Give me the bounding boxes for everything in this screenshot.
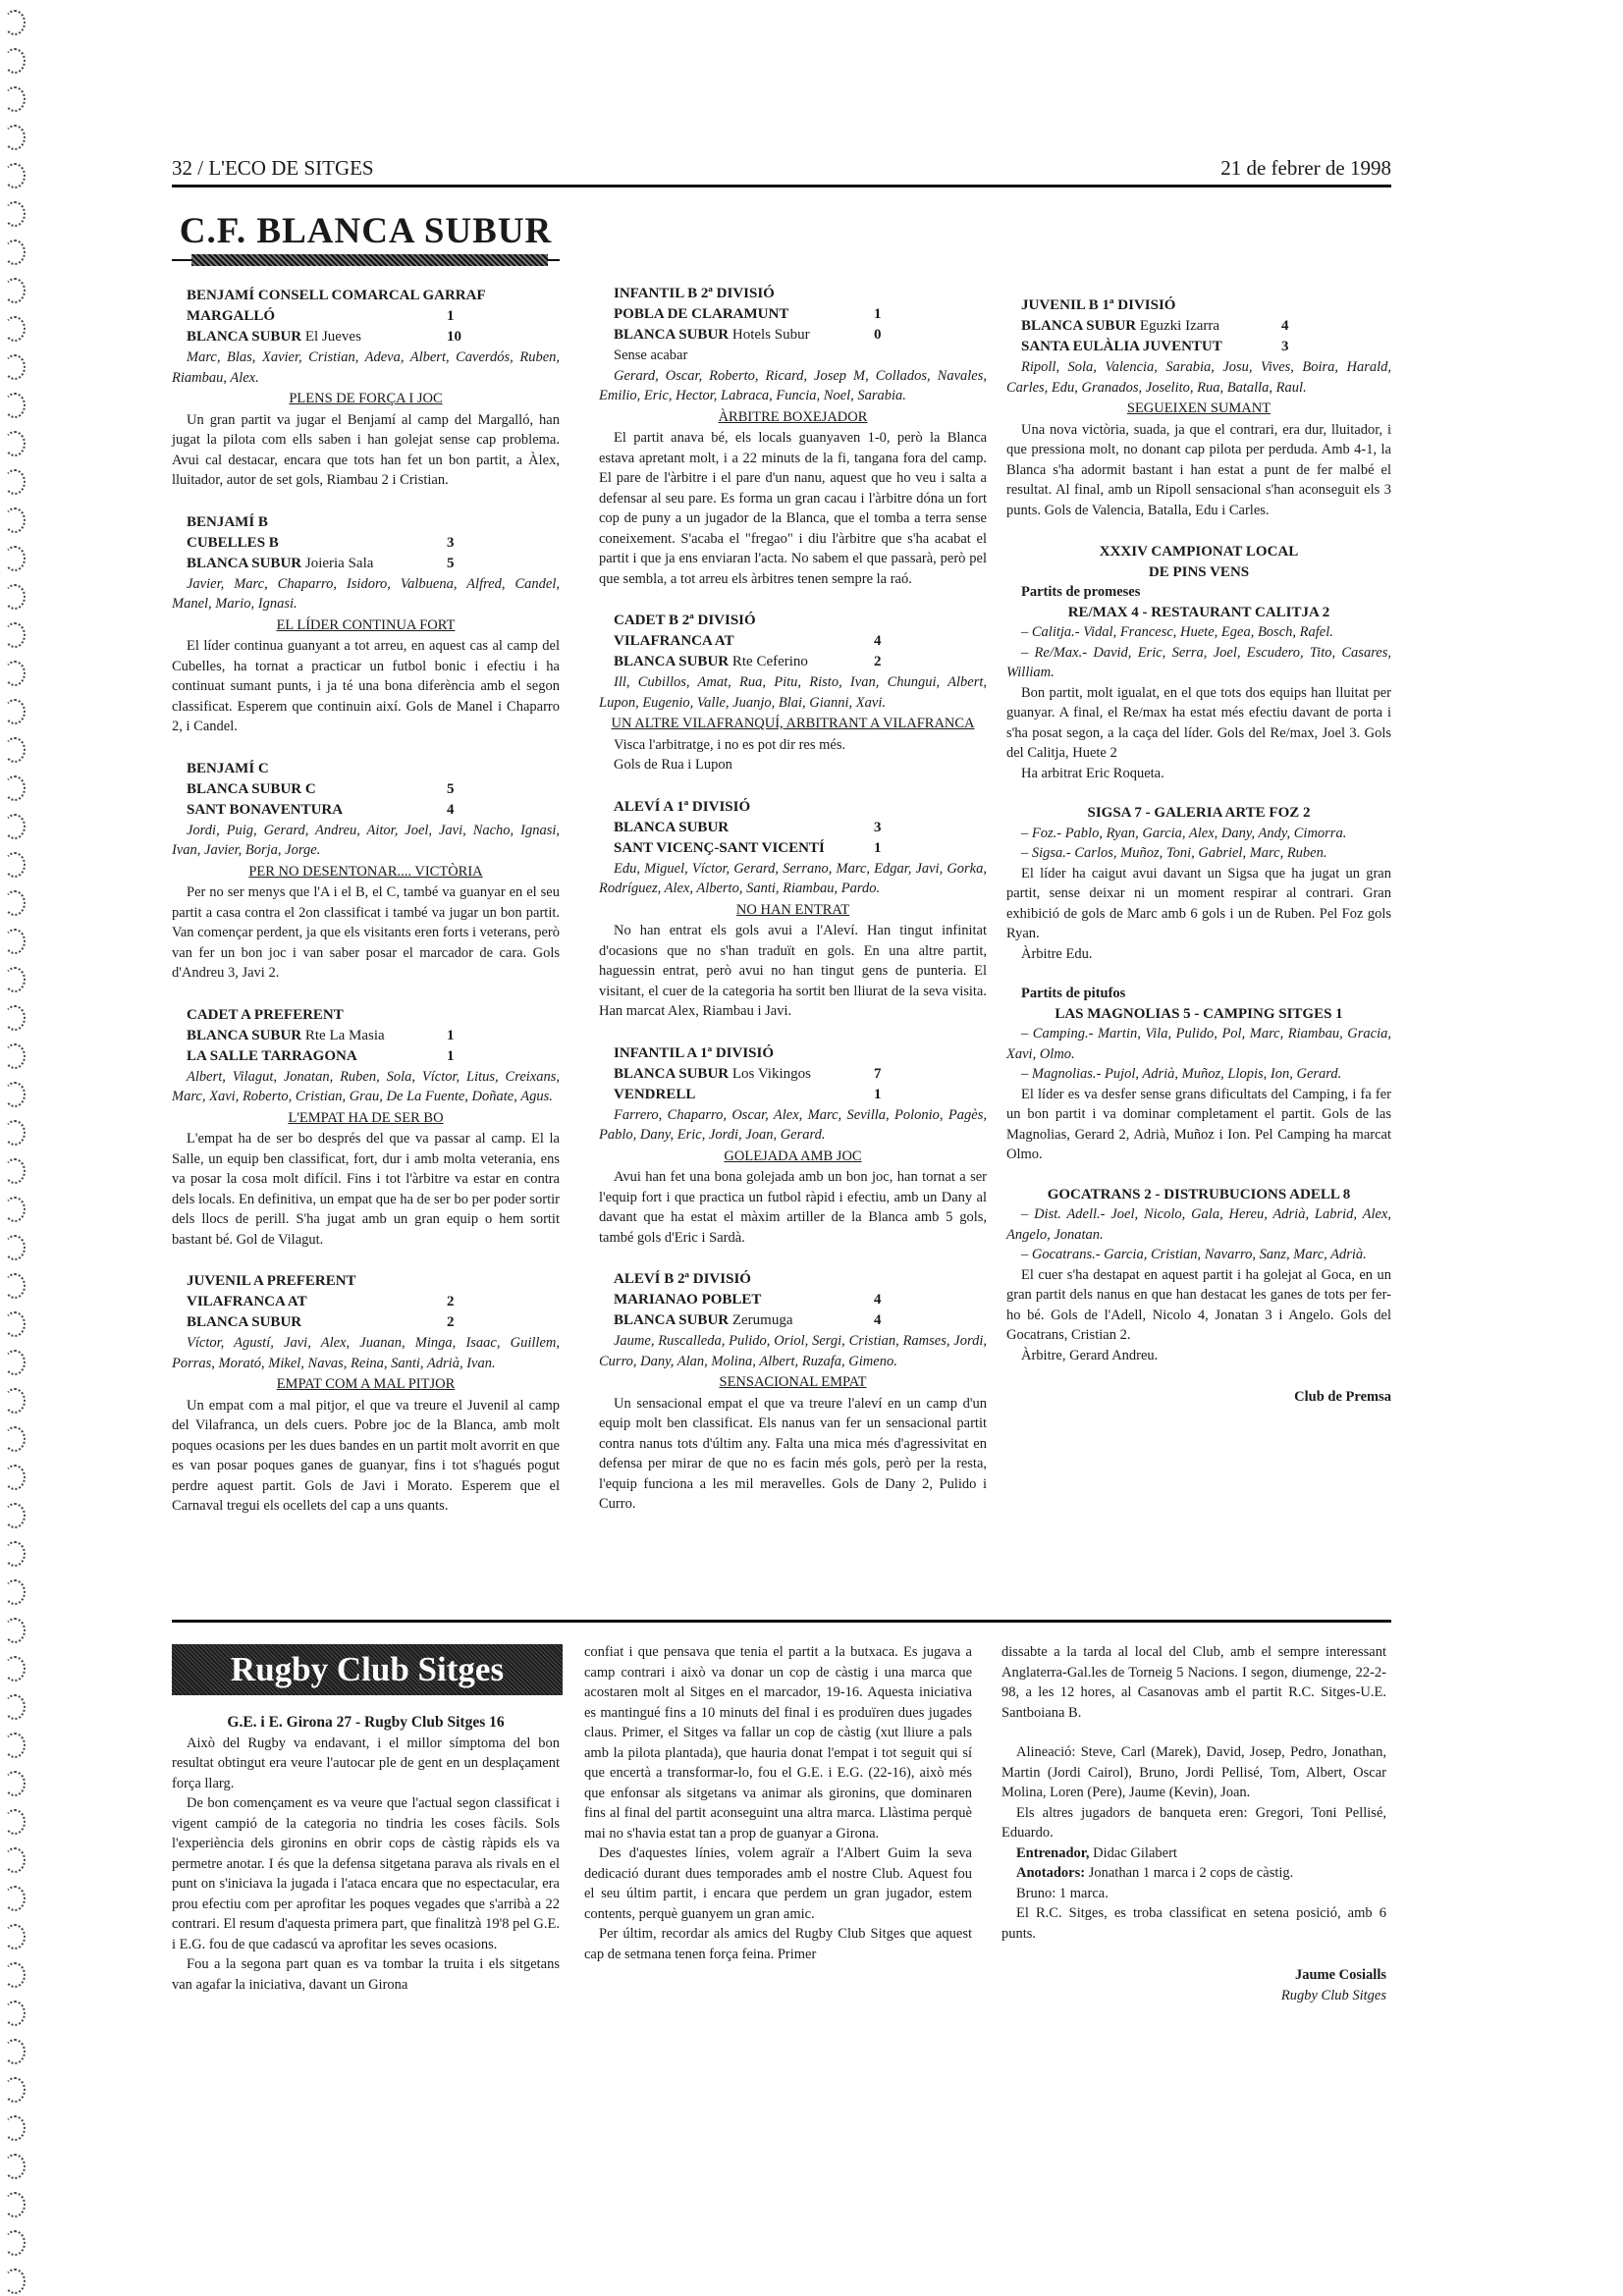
- issue-date: 21 de febrer de 1998: [1220, 156, 1391, 181]
- report-subhead: PER NO DESENTONAR.... VICTÒRIA: [172, 862, 560, 882]
- team-name: BLANCA SUBUR C: [187, 779, 447, 800]
- team-name: BLANCA SUBUR: [614, 654, 729, 669]
- team-score: 1: [447, 1046, 486, 1067]
- lineup: – Calitja.- Vidal, Francesc, Huete, Egea…: [1006, 622, 1391, 643]
- team-score: 2: [874, 652, 913, 672]
- player-list: Ripoll, Sola, Valencia, Sarabia, Josu, V…: [1006, 357, 1391, 398]
- team-name: BLANCA SUBUR: [614, 1066, 729, 1082]
- match-report: CADET B 2ª DIVISIÓ VILAFRANCA AT4 BLANCA…: [599, 611, 987, 775]
- lineup: – Magnolias.- Pujol, Adrià, Muñoz, Llopi…: [1006, 1064, 1391, 1085]
- team-score: 10: [447, 327, 486, 347]
- team-row: BLANCA SUBUR Los Vikingos7: [599, 1064, 987, 1085]
- match-report: CADET A PREFERENT BLANCA SUBUR Rte La Ma…: [172, 1005, 560, 1251]
- team-score: 3: [447, 533, 486, 554]
- binder-hole: [4, 1043, 26, 1069]
- team-score: 0: [874, 325, 913, 346]
- player-list: Ill, Cubillos, Amat, Rua, Pitu, Risto, I…: [599, 672, 987, 713]
- binder-hole: [4, 2115, 26, 2141]
- author-organization: Rugby Club Sitges: [1001, 1986, 1386, 2006]
- team-score: 4: [1281, 316, 1321, 337]
- binder-hole: [4, 125, 26, 150]
- team-row: BLANCA SUBUR Rte Ceferino2: [599, 652, 987, 672]
- rugby-standing: El R.C. Sitges, es troba classificat en …: [1001, 1903, 1386, 1944]
- report-subhead: NO HAN ENTRAT: [599, 900, 987, 921]
- player-list: Jaume, Ruscalleda, Pulido, Oriol, Sergi,…: [599, 1331, 987, 1371]
- page-header: 32 / L'ECO DE SITGES 21 de febrer de 199…: [172, 149, 1391, 187]
- report-subhead: UN ALTRE VILAFRANQUÍ, ARBITRANT A VILAFR…: [599, 714, 987, 734]
- report-body: El líder ha caigut avui davant un Sigsa …: [1006, 864, 1391, 944]
- team-score: 1: [874, 838, 913, 859]
- sponsor: Rte Ceferino: [732, 654, 808, 669]
- team-row: BLANCA SUBUR C5: [172, 779, 560, 800]
- binder-hole: [4, 469, 26, 495]
- player-list: Javier, Marc, Chaparro, Isidoro, Valbuen…: [172, 574, 560, 614]
- rugby-paragraph-continued: confiat i que pensava que tenia el parti…: [584, 1642, 972, 1843]
- team-name: BLANCA SUBUR: [614, 1312, 729, 1328]
- rugby-paragraph: Per últim, recordar als amics del Rugby …: [584, 1924, 972, 1964]
- team-score: 2: [447, 1292, 486, 1312]
- category-heading: BENJAMÍ CONSELL COMARCAL GARRAF: [172, 286, 560, 306]
- binder-hole: [4, 1273, 26, 1299]
- rugby-scorers: Anotadors: Jonathan 1 marca i 2 cops de …: [1001, 1863, 1386, 1884]
- match-result: RE/MAX 4 - RESTAURANT CALITJA 2: [1006, 603, 1391, 623]
- binder-hole: [4, 2077, 26, 2103]
- binder-hole: [4, 1924, 26, 1949]
- binder-hole: [4, 86, 26, 112]
- binder-hole: [4, 201, 26, 227]
- team-score: 2: [447, 1312, 486, 1333]
- report-body: El líder continua guanyant a tot arreu, …: [172, 636, 560, 737]
- rugby-column-3: dissabte a la tarda al local del Club, a…: [1001, 1642, 1386, 2005]
- team-row: VENDRELL1: [599, 1085, 987, 1105]
- championship-title-2: DE PINS VENS: [1006, 562, 1391, 583]
- report-subhead: SENSACIONAL EMPAT: [599, 1372, 987, 1393]
- team-score: 5: [447, 554, 486, 574]
- report-body: Una nova victòria, suada, ja que el cont…: [1006, 420, 1391, 521]
- binder-hole: [4, 814, 26, 839]
- binder-hole: [4, 1197, 26, 1222]
- binder-hole: [4, 1541, 26, 1567]
- scorers-text: Jonathan 1 marca i 2 cops de càstig.: [1089, 1865, 1294, 1881]
- match-report: ALEVÍ B 2ª DIVISIÓ MARIANAO POBLET4 BLAN…: [599, 1269, 987, 1515]
- category-heading: INFANTIL B 2ª DIVISIÓ: [599, 284, 987, 304]
- binder-hole: [4, 1847, 26, 1873]
- sponsor: El Jueves: [305, 329, 361, 345]
- player-list: Farrero, Chaparro, Oscar, Alex, Marc, Se…: [599, 1105, 987, 1146]
- team-score: 7: [874, 1064, 913, 1085]
- match-result: LAS MAGNOLIAS 5 - CAMPING SITGES 1: [1006, 1004, 1391, 1025]
- rugby-paragraph: Des d'aquestes línies, volem agraïr a l'…: [584, 1843, 972, 1924]
- team-name: BLANCA SUBUR: [1021, 318, 1136, 334]
- team-score: 4: [874, 1310, 913, 1331]
- masthead: C.F. BLANCA SUBUR: [172, 211, 560, 266]
- binder-hole: [4, 1618, 26, 1643]
- sponsor: Joieria Sala: [305, 556, 374, 571]
- match-report: BENJAMÍ C BLANCA SUBUR C5 SANT BONAVENTU…: [172, 759, 560, 984]
- match-report: JUVENIL B 1ª DIVISIÓ BLANCA SUBUR Eguzki…: [1006, 295, 1391, 520]
- binder-hole: [4, 163, 26, 188]
- team-row: BLANCA SUBUR Hotels Subur0: [599, 325, 987, 346]
- team-row: POBLA DE CLARAMUNT1: [599, 304, 987, 325]
- binder-hole: [4, 1350, 26, 1375]
- pins-vens-championship: XXXIV CAMPIONAT LOCAL DE PINS VENS Parti…: [1006, 542, 1391, 1408]
- author-name: Jaume Cosialls: [1001, 1965, 1386, 1986]
- report-subhead: SEGUEIXEN SUMANT: [1006, 399, 1391, 419]
- sponsor: Los Vikingos: [732, 1066, 811, 1082]
- team-name: VILAFRANCA AT: [614, 631, 874, 652]
- category-heading: BENJAMÍ B: [172, 512, 560, 533]
- binder-hole: [4, 1158, 26, 1184]
- rugby-paragraph: Fou a la segona part quan es va tombar l…: [172, 1954, 560, 1995]
- section-divider: [172, 1620, 1391, 1623]
- player-list: Edu, Miguel, Víctor, Gerard, Serrano, Ma…: [599, 859, 987, 899]
- team-score: 1: [874, 304, 913, 325]
- binder-hole: [4, 584, 26, 610]
- report-body: El cuer s'ha destapat en aquest partit i…: [1006, 1265, 1391, 1346]
- binder-hole: [4, 1120, 26, 1146]
- coach-label: Entrenador,: [1016, 1845, 1090, 1861]
- team-name: MARIANAO POBLET: [614, 1290, 874, 1310]
- category-heading: CADET B 2ª DIVISIÓ: [599, 611, 987, 631]
- binder-hole: [4, 1886, 26, 1911]
- binder-hole: [4, 507, 26, 533]
- player-list: Jordi, Puig, Gerard, Andreu, Aitor, Joel…: [172, 821, 560, 861]
- binder-hole: [4, 1388, 26, 1414]
- binder-hole: [4, 1005, 26, 1031]
- binder-hole: [4, 48, 26, 74]
- pitufos-label: Partits de pitufos: [1006, 984, 1391, 1004]
- report-subhead: EMPAT COM A MAL PITJOR: [172, 1374, 560, 1395]
- binder-hole: [4, 967, 26, 992]
- team-name: SANTA EULÀLIA JUVENTUT: [1021, 337, 1281, 357]
- team-score: 1: [447, 306, 486, 327]
- binder-hole: [4, 1311, 26, 1337]
- binder-hole: [4, 1733, 26, 1758]
- column-3: JUVENIL B 1ª DIVISIÓ BLANCA SUBUR Eguzki…: [1006, 215, 1391, 1408]
- team-row: LA SALLE TARRAGONA1: [172, 1046, 560, 1067]
- match-result: GOCATRANS 2 - DISTRUBUCIONS ADELL 8: [1006, 1185, 1391, 1205]
- rugby-banner: Rugby Club Sitges: [172, 1644, 563, 1695]
- team-score: 3: [1281, 337, 1321, 357]
- binder-hole: [4, 2039, 26, 2064]
- report-body: Un gran partit va jugar el Benjamí al ca…: [172, 410, 560, 491]
- team-row: MARIANAO POBLET4: [599, 1290, 987, 1310]
- report-subhead: PLENS DE FORÇA I JOC: [172, 389, 560, 409]
- category-heading: ALEVÍ B 2ª DIVISIÓ: [599, 1269, 987, 1290]
- team-name: SANT VICENÇ-SANT VICENTÍ: [614, 838, 874, 859]
- team-name: SANT BONAVENTURA: [187, 800, 447, 821]
- binder-hole: [4, 546, 26, 571]
- report-body: No han entrat els gols avui a l'Aleví. H…: [599, 921, 987, 1022]
- page-label: 32 / L'ECO DE SITGES: [172, 156, 374, 181]
- binder-hole: [4, 2001, 26, 2026]
- report-body: Un empat com a mal pitjor, el que va tre…: [172, 1396, 560, 1517]
- binder-hole: [4, 1082, 26, 1107]
- referee: Àrbitre, Gerard Andreu.: [1006, 1346, 1391, 1366]
- report-body: L'empat ha de ser bo després del que va …: [172, 1129, 560, 1250]
- team-row: VILAFRANCA AT2: [172, 1292, 560, 1312]
- binder-hole: [4, 1465, 26, 1490]
- sponsor: Eguzki Izarra: [1140, 318, 1219, 334]
- team-name: LA SALLE TARRAGONA: [187, 1046, 447, 1067]
- binder-holes: [0, 0, 49, 2296]
- team-row: SANT BONAVENTURA4: [172, 800, 560, 821]
- coach-name: Didac Gilabert: [1093, 1845, 1177, 1861]
- binder-hole: [4, 278, 26, 303]
- binder-hole: [4, 661, 26, 686]
- championship-title: XXXIV CAMPIONAT LOCAL: [1006, 542, 1391, 562]
- team-name: POBLA DE CLARAMUNT: [614, 304, 874, 325]
- team-name: MARGALLÓ: [187, 306, 447, 327]
- team-row: BLANCA SUBUR Zerumuga4: [599, 1310, 987, 1331]
- match-report: BENJAMÍ B CUBELLES B3 BLANCA SUBUR Joier…: [172, 512, 560, 737]
- promeses-label: Partits de promeses: [1006, 582, 1391, 603]
- team-score: 1: [447, 1026, 486, 1046]
- byline: Club de Premsa: [1006, 1387, 1391, 1408]
- binder-hole: [4, 1771, 26, 1796]
- referee: Ha arbitrat Eric Roqueta.: [1006, 764, 1391, 784]
- binder-hole: [4, 1579, 26, 1605]
- lineup: – Camping.- Martin, Vila, Pulido, Pol, M…: [1006, 1024, 1391, 1064]
- match-report: BENJAMÍ CONSELL COMARCAL GARRAF MARGALLÓ…: [172, 286, 560, 491]
- binder-hole: [4, 1809, 26, 1835]
- match-report: ALEVÍ A 1ª DIVISIÓ BLANCA SUBUR3 SANT VI…: [599, 797, 987, 1022]
- team-score: 1: [874, 1085, 913, 1105]
- player-list: Marc, Blas, Xavier, Cristian, Adeva, Alb…: [172, 347, 560, 388]
- binder-hole: [4, 775, 26, 801]
- team-row: BLANCA SUBUR3: [599, 818, 987, 838]
- report-goals: Gols de Rua i Lupon: [599, 755, 987, 775]
- binder-hole: [4, 1656, 26, 1682]
- team-row: BLANCA SUBUR Eguzki Izarra4: [1006, 316, 1391, 337]
- category-heading: ALEVÍ A 1ª DIVISIÓ: [599, 797, 987, 818]
- rugby-section: Rugby Club Sitges G.E. i E. Girona 27 - …: [172, 1644, 1391, 2115]
- binder-hole: [4, 1503, 26, 1528]
- rugby-paragraph: De bon començament es va veure que l'act…: [172, 1793, 560, 1954]
- team-row: BLANCA SUBUR2: [172, 1312, 560, 1333]
- team-row: SANTA EULÀLIA JUVENTUT3: [1006, 337, 1391, 357]
- binder-hole: [4, 2269, 26, 2294]
- binder-hole: [4, 316, 26, 342]
- report-subhead: ÀRBITRE BOXEJADOR: [599, 407, 987, 428]
- binder-hole: [4, 852, 26, 878]
- team-name: BLANCA SUBUR: [187, 556, 301, 571]
- team-score: 5: [447, 779, 486, 800]
- team-score: 3: [874, 818, 913, 838]
- column-1: C.F. BLANCA SUBUR BENJAMÍ CONSELL COMARC…: [172, 211, 560, 1538]
- match-note: Sense acabar: [599, 346, 987, 366]
- binder-hole: [4, 354, 26, 380]
- team-row: MARGALLÓ1: [172, 306, 560, 327]
- player-list: Víctor, Agustí, Javi, Alex, Juanan, Ming…: [172, 1333, 560, 1373]
- rugby-bench: Els altres jugadors de banqueta eren: Gr…: [1001, 1803, 1386, 1843]
- player-list: Gerard, Oscar, Roberto, Ricard, Josep M,…: [599, 366, 987, 406]
- team-row: SANT VICENÇ-SANT VICENTÍ1: [599, 838, 987, 859]
- rugby-column-1: Rugby Club Sitges G.E. i E. Girona 27 - …: [172, 1644, 560, 1995]
- column-2: INFANTIL B 2ª DIVISIÓ POBLA DE CLARAMUNT…: [599, 215, 987, 1536]
- rugby-scorers-2: Bruno: 1 marca.: [1001, 1884, 1386, 1904]
- binder-hole: [4, 1694, 26, 1720]
- report-subhead: L'EMPAT HA DE SER BO: [172, 1108, 560, 1129]
- report-subhead: EL LÍDER CONTINUA FORT: [172, 615, 560, 636]
- report-body: Avui han fet una bona golejada amb un bo…: [599, 1167, 987, 1248]
- category-heading: INFANTIL A 1ª DIVISIÓ: [599, 1043, 987, 1064]
- match-report: JUVENIL A PREFERENT VILAFRANCA AT2 BLANC…: [172, 1271, 560, 1517]
- match-result: SIGSA 7 - GALERIA ARTE FOZ 2: [1006, 803, 1391, 824]
- lineup: – Re/Max.- David, Eric, Serra, Joel, Esc…: [1006, 643, 1391, 683]
- lineup: – Dist. Adell.- Joel, Nicolo, Gala, Here…: [1006, 1204, 1391, 1245]
- rugby-coach: Entrenador, Didac Gilabert: [1001, 1843, 1386, 1864]
- binder-hole: [4, 737, 26, 763]
- report-body: El partit anava bé, els locals guanyaven…: [599, 428, 987, 589]
- team-name: VILAFRANCA AT: [187, 1292, 447, 1312]
- referee: Àrbitre Edu.: [1006, 944, 1391, 965]
- sponsor: Rte La Masia: [305, 1028, 385, 1043]
- binder-hole: [4, 890, 26, 916]
- match-report: INFANTIL A 1ª DIVISIÓ BLANCA SUBUR Los V…: [599, 1043, 987, 1249]
- team-name: BLANCA SUBUR: [187, 1312, 447, 1333]
- report-body: Per no ser menys que l'A i el B, el C, t…: [172, 882, 560, 984]
- binder-hole: [4, 1962, 26, 1988]
- team-row: VILAFRANCA AT4: [599, 631, 987, 652]
- team-score: 4: [447, 800, 486, 821]
- team-name: BLANCA SUBUR: [614, 818, 874, 838]
- rugby-paragraph-continued: dissabte a la tarda al local del Club, a…: [1001, 1642, 1386, 1723]
- team-row: CUBELLES B3: [172, 533, 560, 554]
- lineup: – Foz.- Pablo, Ryan, Garcia, Alex, Dany,…: [1006, 824, 1391, 844]
- binder-hole: [4, 2230, 26, 2256]
- sponsor: Hotels Subur: [732, 327, 810, 343]
- team-score: 4: [874, 631, 913, 652]
- binder-hole: [4, 10, 26, 35]
- report-body: Un sensacional empat el que va treure l'…: [599, 1394, 987, 1515]
- binder-hole: [4, 393, 26, 418]
- team-row: BLANCA SUBUR Rte La Masia1: [172, 1026, 560, 1046]
- binder-hole: [4, 699, 26, 724]
- team-name: BLANCA SUBUR: [187, 329, 301, 345]
- player-list: Albert, Vilagut, Jonatan, Ruben, Sola, V…: [172, 1067, 560, 1107]
- sponsor: Zerumuga: [732, 1312, 793, 1328]
- team-row: BLANCA SUBUR El Jueves10: [172, 327, 560, 347]
- category-heading: JUVENIL A PREFERENT: [172, 1271, 560, 1292]
- team-name: CUBELLES B: [187, 533, 447, 554]
- team-name: BLANCA SUBUR: [187, 1028, 301, 1043]
- report-body: El líder es va desfer sense grans dificu…: [1006, 1085, 1391, 1165]
- rugby-lineup: Alineació: Steve, Carl (Marek), David, J…: [1001, 1742, 1386, 1803]
- binder-hole: [4, 2192, 26, 2217]
- category-heading: BENJAMÍ C: [172, 759, 560, 779]
- rugby-column-2: confiat i que pensava que tenia el parti…: [584, 1642, 972, 1964]
- section-title: C.F. BLANCA SUBUR: [172, 211, 560, 252]
- match-report: INFANTIL B 2ª DIVISIÓ POBLA DE CLARAMUNT…: [599, 284, 987, 589]
- rugby-match-title: G.E. i E. Girona 27 - Rugby Club Sitges …: [172, 1713, 560, 1734]
- binder-hole: [4, 240, 26, 265]
- lineup-label: Alineació:: [1016, 1744, 1075, 1760]
- binder-hole: [4, 2154, 26, 2179]
- lineup: – Gocatrans.- Garcia, Cristian, Navarro,…: [1006, 1245, 1391, 1265]
- rugby-paragraph: Això del Rugby va endavant, i el millor …: [172, 1734, 560, 1794]
- binder-hole: [4, 431, 26, 456]
- binder-hole: [4, 1235, 26, 1260]
- team-score: 4: [874, 1290, 913, 1310]
- team-name: VENDRELL: [614, 1085, 874, 1105]
- team-name: BLANCA SUBUR: [614, 327, 729, 343]
- category-heading: CADET A PREFERENT: [172, 1005, 560, 1026]
- report-body: Bon partit, molt igualat, en el que tots…: [1006, 683, 1391, 764]
- report-subhead: GOLEJADA AMB JOC: [599, 1147, 987, 1167]
- report-body: Visca l'arbitratge, i no es pot dir res …: [599, 735, 987, 756]
- scorers-label: Anotadors:: [1016, 1865, 1085, 1881]
- binder-hole: [4, 622, 26, 648]
- lineup: – Sigsa.- Carlos, Muñoz, Toni, Gabriel, …: [1006, 843, 1391, 864]
- binder-hole: [4, 929, 26, 954]
- binder-hole: [4, 1426, 26, 1452]
- blanca-subur-section: C.F. BLANCA SUBUR BENJAMÍ CONSELL COMARC…: [172, 211, 1391, 1615]
- category-heading: JUVENIL B 1ª DIVISIÓ: [1006, 295, 1391, 316]
- team-row: BLANCA SUBUR Joieria Sala5: [172, 554, 560, 574]
- title-rule: [191, 254, 548, 266]
